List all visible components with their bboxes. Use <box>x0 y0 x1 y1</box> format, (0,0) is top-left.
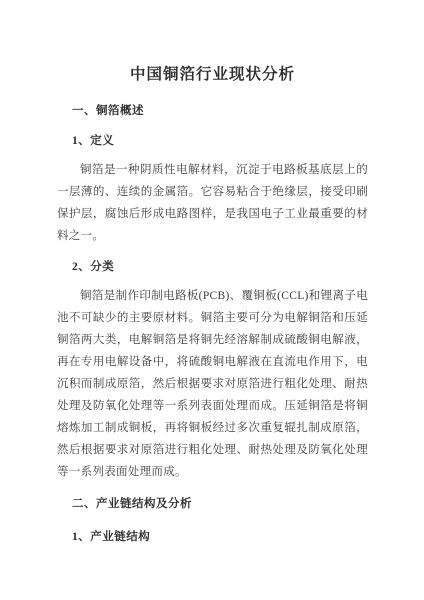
section-heading-industry-chain: 二、产业链结构及分析 <box>57 498 368 511</box>
document-title: 中国铜箔行业现状分析 <box>57 66 368 83</box>
subheading-definition: 1、定义 <box>57 135 368 148</box>
section-heading-overview: 一、铜箔概述 <box>57 105 368 118</box>
subheading-chain-structure: 1、产业链结构 <box>57 531 368 544</box>
document-page: 中国铜箔行业现状分析 一、铜箔概述 1、定义 铜箔是一种阴质性电解材料，沉淀于电… <box>0 0 424 600</box>
paragraph-definition: 铜箔是一种阴质性电解材料，沉淀于电路板基底层上的一层薄的、连续的金属箔。它容易粘… <box>57 159 368 247</box>
paragraph-classification: 铜箔是制作印制电路板(PCB)、覆铜板(CCL)和锂离子电池不可缺少的主要原材料… <box>57 285 368 483</box>
subheading-classification: 2、分类 <box>57 261 368 274</box>
